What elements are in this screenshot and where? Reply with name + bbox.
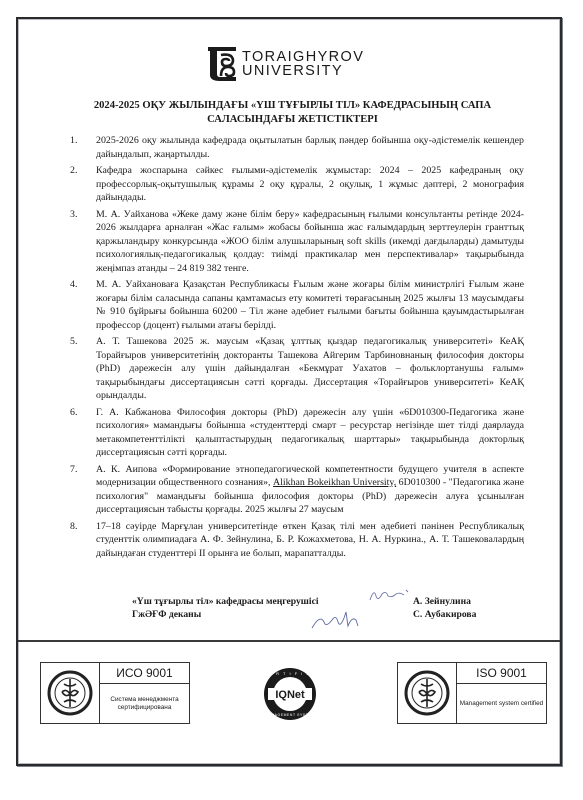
cert-standard: ИСО 9001 xyxy=(100,663,189,684)
achievements-list: 1. 2025-2026 оқу жылында кафедрада оқыты… xyxy=(96,134,524,563)
title-line2: САЛАСЫНДАҒЫ ЖЕТІСТІКТЕРІ xyxy=(40,113,545,127)
footer-divider xyxy=(18,640,560,642)
list-item: 2. Кафедра жоспарына сәйкес ғылыми-әдіст… xyxy=(96,164,524,205)
cert-description: Система менеджмента сертифицирована xyxy=(100,684,189,723)
list-item: 4. М. А. Уайхановаға Қазақстан Республик… xyxy=(96,278,524,332)
item-text: А. Т. Ташекова 2025 ж. маусым «Қазақ ұлт… xyxy=(96,336,524,401)
cert-iso-en: ISO 9001 Management system certified xyxy=(397,662,547,724)
university-link[interactable]: Alikhan Bokeikhan University, xyxy=(273,477,396,488)
list-item: 3. М. А. Уайханова «Жеке даму және білім… xyxy=(96,208,524,276)
role-dean: ГжӘҒФ деканы xyxy=(132,609,319,622)
item-number: 1. xyxy=(70,134,77,148)
list-item: 5. А. Т. Ташекова 2025 ж. маусым «Қазақ … xyxy=(96,335,524,403)
svg-text:MANAGEMENT SYSTEM: MANAGEMENT SYSTEM xyxy=(265,713,314,717)
name-zeinulina: А. Зейнулина xyxy=(413,596,476,609)
cert-seal-icon xyxy=(398,663,457,723)
university-logo: TORAIGHYROV UNIVERSITY xyxy=(208,46,408,82)
item-number: 5. xyxy=(70,335,77,349)
title-line1: 2024-2025 ОҚУ ЖЫЛЫНДАҒЫ «ҮШ ТҰҒЫРЛЫ ТІЛ»… xyxy=(40,99,545,113)
item-text: Кафедра жоспарына сәйкес ғылыми-әдістеме… xyxy=(96,165,524,203)
document-title: 2024-2025 ОҚУ ЖЫЛЫНДАҒЫ «ҮШ ТҰҒЫРЛЫ ТІЛ»… xyxy=(40,99,545,127)
item-number: 3. xyxy=(70,208,77,222)
list-item: 6. Г. А. Кабжанова Философия докторы (Ph… xyxy=(96,406,524,460)
signature-2-icon xyxy=(310,608,370,632)
name-aubakirova: С. Аубакирова xyxy=(413,609,476,622)
list-item: 7. А. К. Аипова «Формирование этнопедаго… xyxy=(96,463,524,517)
signatory-names: А. Зейнулина С. Аубакирова xyxy=(413,596,476,621)
list-item: 1. 2025-2026 оқу жылында кафедрада оқыты… xyxy=(96,134,524,161)
svg-text:C E R T I F I E D: C E R T I F I E D xyxy=(262,671,317,676)
item-text: 17–18 сәуірде Марғұлан университетінде ө… xyxy=(96,521,524,559)
item-number: 4. xyxy=(70,278,77,292)
list-item: 8. 17–18 сәуірде Марғұлан университетінд… xyxy=(96,520,524,561)
logo-mark-icon xyxy=(208,47,236,81)
signatory-roles: «Үш тұғырлы тіл» кафедрасы меңгерушісі Г… xyxy=(132,596,319,621)
role-department-head: «Үш тұғырлы тіл» кафедрасы меңгерушісі xyxy=(132,596,319,609)
logo-line2: UNIVERSITY xyxy=(242,64,364,78)
item-text: 2025-2026 оқу жылында кафедрада оқытылат… xyxy=(96,135,524,160)
item-number: 2. xyxy=(70,164,77,178)
cert-seal-icon xyxy=(41,663,100,723)
cert-description: Management system certified xyxy=(457,684,546,723)
item-text: Г. А. Кабжанова Философия докторы (PhD) … xyxy=(96,407,524,459)
item-text: М. А. Уайханова «Жеке даму және білім бе… xyxy=(96,209,524,274)
item-number: 7. xyxy=(70,463,77,477)
cert-standard: ISO 9001 xyxy=(457,663,546,684)
iqnet-logo: IQNet C E R T I F I E D MANAGEMENT SYSTE… xyxy=(262,666,318,722)
item-text: М. А. Уайхановаға Қазақстан Республикасы… xyxy=(96,279,524,331)
cert-iso-ru: ИСО 9001 Система менеджмента сертифициро… xyxy=(40,662,190,724)
item-number: 6. xyxy=(70,406,77,420)
signature-1-icon xyxy=(366,586,416,604)
iqnet-label: IQNet xyxy=(275,689,305,701)
logo-line1: TORAIGHYROV xyxy=(242,50,364,64)
item-number: 8. xyxy=(70,520,77,534)
